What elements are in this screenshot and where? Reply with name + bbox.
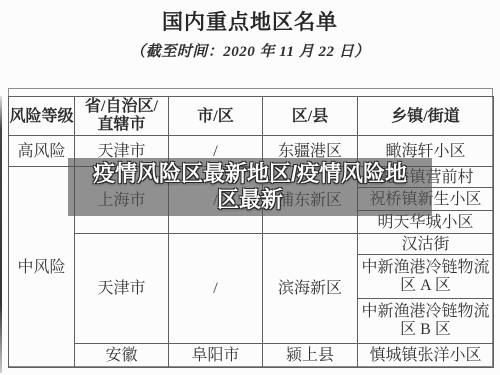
cell-township-coldchain-b-line1: 中新渔港冷链物流 bbox=[358, 303, 493, 321]
cell-risk-mid: 中风险 bbox=[9, 167, 75, 368]
table-row-anhui: 安徽 阜阳市 颍上县 慎城镇张洋小区 bbox=[9, 344, 494, 368]
col-header-province: 省/自治区/ 直辖市 bbox=[75, 97, 169, 136]
table-row-tianjin-1: 天津市 / 滨海新区 汉沽街 bbox=[9, 234, 494, 255]
risk-area-table: 风险等级 省/自治区/ 直辖市 市/区 区/县 乡镇/街道 高风险 天津市 / … bbox=[8, 96, 494, 368]
col-header-township: 乡镇/街道 bbox=[358, 97, 494, 136]
cell-township-coldchain-a-line1: 中新渔港冷链物流 bbox=[358, 259, 493, 277]
left-edge-artifact bbox=[0, 96, 2, 373]
cell-township-coldchain-a: 中新渔港冷链物流 区 A 区 bbox=[358, 255, 494, 299]
cell-province-tianjin-mid: 天津市 bbox=[75, 234, 169, 344]
cell-township-coldchain-b: 中新渔港冷链物流 区 B 区 bbox=[358, 299, 494, 344]
col-header-province-line1: 省/自治区/ bbox=[75, 98, 168, 116]
cell-province-anhui: 安徽 bbox=[75, 344, 169, 368]
cell-township-coldchain-a-line2: 区 A 区 bbox=[358, 277, 493, 295]
cell-township-zhangyang: 慎城镇张洋小区 bbox=[358, 344, 494, 368]
table-header-row: 风险等级 省/自治区/ 直辖市 市/区 区/县 乡镇/街道 bbox=[9, 97, 494, 136]
cell-risk-high: 高风险 bbox=[9, 136, 75, 167]
col-header-risk-level: 风险等级 bbox=[9, 97, 75, 136]
cell-district-yingshang: 颍上县 bbox=[263, 344, 358, 368]
cell-city-slash-tianjin: / bbox=[169, 234, 263, 344]
cell-township-hangujie: 汉沽街 bbox=[358, 234, 494, 255]
col-header-district: 区/县 bbox=[263, 97, 358, 136]
date-line: （截至时间：2020 年 11 月 22 日） bbox=[0, 40, 500, 61]
cell-city-fuyang: 阜阳市 bbox=[169, 344, 263, 368]
page-title: 国内重点地区名单 bbox=[0, 6, 500, 36]
page: 国内重点地区名单 （截至时间：2020 年 11 月 22 日） 风险等级 省/… bbox=[0, 0, 500, 375]
cell-district-binhai: 滨海新区 bbox=[263, 234, 358, 344]
watermark-overlay: 疫情风险区最新地区/疫情风险地区最新 bbox=[68, 158, 432, 216]
cell-township-coldchain-b-line2: 区 B 区 bbox=[358, 321, 493, 339]
col-header-city: 市/区 bbox=[169, 97, 263, 136]
col-header-province-line2: 直辖市 bbox=[75, 116, 168, 134]
